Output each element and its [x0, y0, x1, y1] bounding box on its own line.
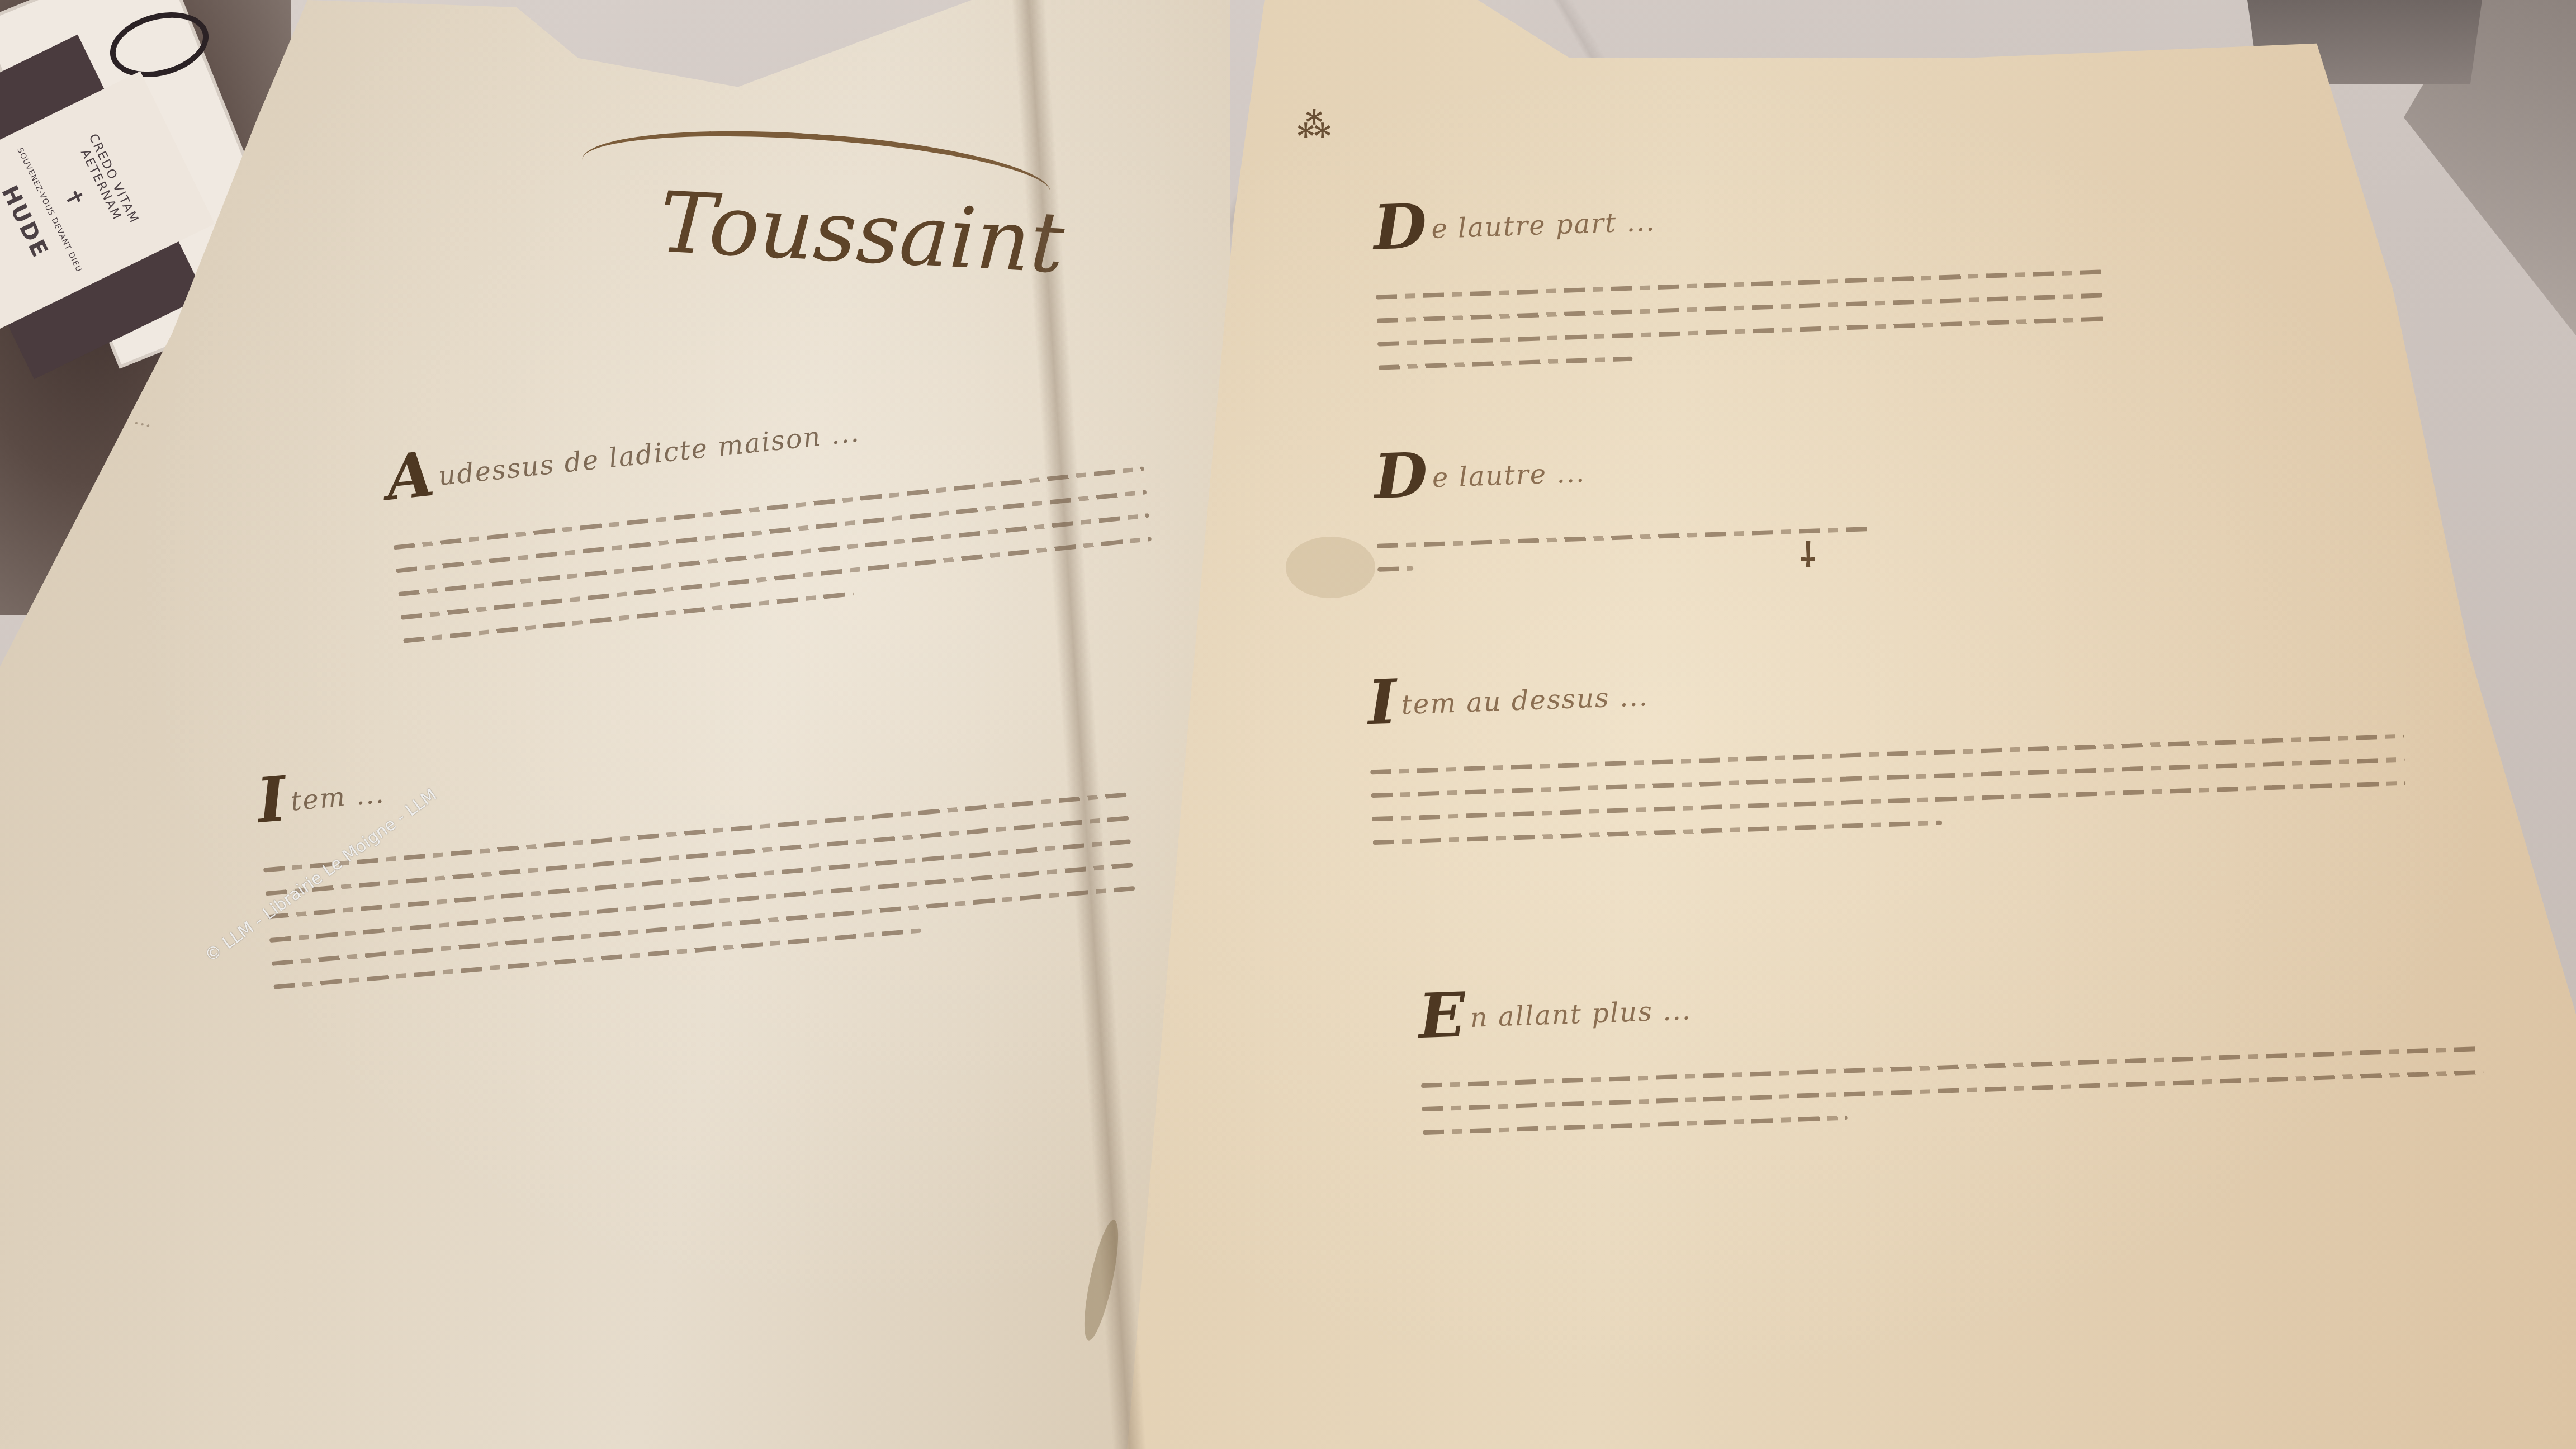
card-line-4: ... — [0, 225, 8, 245]
handwriting-line — [1422, 1069, 2483, 1111]
right-paragraph-1: De lautre part ... — [1372, 155, 2105, 389]
handwriting-line — [396, 490, 1147, 573]
right-paragraph-4: En allant plus ... — [1417, 932, 2485, 1154]
drop-initial: I — [254, 763, 291, 837]
drop-initial: I — [1367, 666, 1399, 739]
cross-icon: ✝ — [59, 184, 90, 212]
foxing-stain — [1286, 537, 1375, 598]
drop-initial: A — [382, 437, 438, 514]
handwriting-line — [1376, 269, 2102, 299]
handwriting-line — [1377, 527, 1869, 548]
handwriting-line — [1377, 316, 2104, 346]
handwriting-line — [398, 513, 1149, 596]
handwriting-line — [1378, 356, 1632, 370]
paragraph-opening: n allant plus ... — [1470, 995, 1692, 1034]
right-paragraph-3: Item au dessus ... — [1366, 619, 2407, 864]
handwriting-line — [1371, 757, 2405, 798]
marginal-mark: ⁂ — [1297, 106, 1331, 145]
drop-initial: D — [1373, 439, 1430, 513]
card-line-1: CREDO VITAM AETERNAM — [58, 99, 157, 264]
paragraph-opening: e lautre ... — [1432, 457, 1586, 494]
drop-initial: D — [1372, 190, 1429, 263]
photo-scene: CREDO VITAM AETERNAM ✝ SOUVENEZ-VOUS DEV… — [0, 0, 2576, 1449]
handwriting-line — [1423, 1115, 1848, 1135]
handwriting-line — [269, 863, 1133, 943]
handwriting-line — [1376, 293, 2103, 323]
paragraph-opening: tem ... — [290, 778, 386, 817]
paragraph-opening: udessus de ladicte maison ... — [437, 416, 861, 492]
handwriting-line — [1373, 820, 1942, 845]
handwriting-line — [1370, 733, 2404, 774]
drop-initial: E — [1418, 978, 1468, 1052]
handwriting-line — [267, 839, 1131, 919]
handwriting-line — [1421, 1046, 2483, 1087]
paragraph-opening: e lautre part ... — [1431, 206, 1656, 245]
right-paragraph-2: De lautre ... — [1372, 398, 2272, 590]
handwriting-line — [1372, 780, 2405, 821]
handwriting-line — [1377, 566, 1413, 571]
paragraph-opening: tem au dessus ... — [1401, 681, 1649, 721]
